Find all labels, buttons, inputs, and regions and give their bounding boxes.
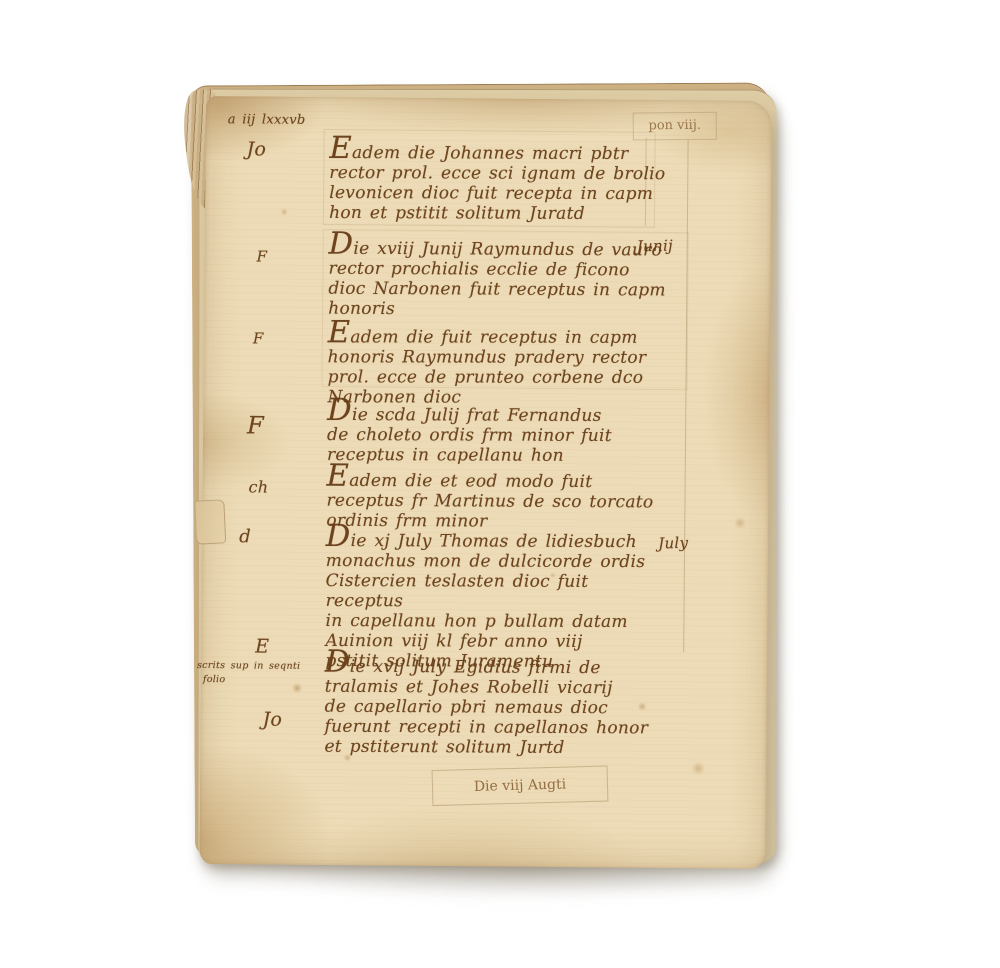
register-entry: Die xvij July Egidius firmi de tralamis … [324, 652, 670, 759]
catchword-box: Die viij Augti [432, 765, 609, 806]
entry-line: Die scda Julij frat Fernandus [327, 400, 672, 426]
entry-line: Die xvij July Egidius firmi de [325, 652, 670, 679]
entry-line: honoris [328, 299, 673, 321]
entry-line: prol. ecce de prunteo corbene dco [328, 367, 673, 388]
entry-line: receptus in capellanu hon [327, 445, 672, 466]
margin-letter: E [255, 635, 269, 657]
manuscript-photo: a iij lxxxvb pon viij. Jo F F F ch d E s… [0, 0, 1000, 968]
manuscript-page: a iij lxxxvb pon viij. Jo F F F ch d E s… [199, 96, 772, 869]
entry-line: Die xviij Junij Raymundus de vauro [329, 234, 674, 261]
margin-letter: ch [249, 477, 269, 496]
register-entry: Die xj July Thomas de lidiesbuch monachu… [325, 526, 671, 672]
register-entry: Die xviij Junij Raymundus de vauro recto… [328, 234, 673, 321]
margin-note: scrits sup in seqnti [197, 660, 300, 672]
register-entry: Eadem die fuit receptus in capm honoris … [328, 322, 673, 408]
folio-number-left: a iij lxxxvb [228, 112, 306, 128]
entry-line: de choleto ordis frm minor fuit [327, 425, 672, 446]
margin-letter: Jo [262, 709, 282, 731]
entry-line: rector prochialis ecclie de ficono [328, 259, 673, 281]
register-entry: Eadem die Johannes macri pbtr rector pro… [329, 138, 674, 224]
entry-line: dioc Narbonen fuit receptus in capm [328, 279, 673, 301]
entry-line: tralamis et Johes Robelli vicarij [325, 677, 670, 699]
entry-line: Cistercien teslasten dioc fuit receptus [326, 571, 671, 612]
entry-line: receptus fr Martinus de sco torcato [326, 491, 671, 513]
register-entry: Eadem die et eod modo fuit receptus fr M… [326, 466, 671, 533]
folio-number-right: pon viij. [633, 112, 717, 141]
margin-letter: d [239, 526, 251, 547]
entry-line: Auinion viij kl febr anno viij [325, 631, 670, 652]
entry-line: in capellanu hon p bullam datam [326, 611, 671, 632]
catchword: Die viij Augti [474, 777, 567, 795]
margin-letter: F [257, 247, 268, 265]
entry-line: monachus mon de dulcicorde ordis [326, 551, 671, 572]
entry-line: et pstiterunt solitum Jurtd [324, 737, 669, 759]
entry-line: Eadem die et eod modo fuit [327, 466, 672, 493]
entry-line: de capellario pbri nemaus dioc [325, 697, 670, 719]
entry-line: hon et pstitit solitum Juratd [329, 203, 674, 224]
entry-line: levonicen dioc fuit recepta in capm [329, 183, 674, 204]
entry-line: fuerunt recepti in capellanos honor [325, 717, 670, 739]
entry-line: Eadem die Johannes macri pbtr [329, 138, 674, 164]
entry-line: honoris Raymundus pradery rector [328, 347, 673, 368]
margin-note: folio [203, 674, 226, 685]
margin-letter: F [253, 329, 264, 347]
entry-line: Die xj July Thomas de lidiesbuch [326, 526, 671, 552]
register-entry: Die scda Julij frat Fernandus de choleto… [327, 400, 672, 466]
left-edge-fold [194, 499, 226, 544]
margin-letter: Jo [246, 138, 266, 160]
ruled-frame-line [683, 140, 688, 652]
entry-line: Eadem die fuit receptus in capm [328, 322, 673, 348]
margin-letter: F [247, 411, 264, 439]
entry-line: rector prol. ecce sci ignam de brolio [329, 163, 674, 184]
